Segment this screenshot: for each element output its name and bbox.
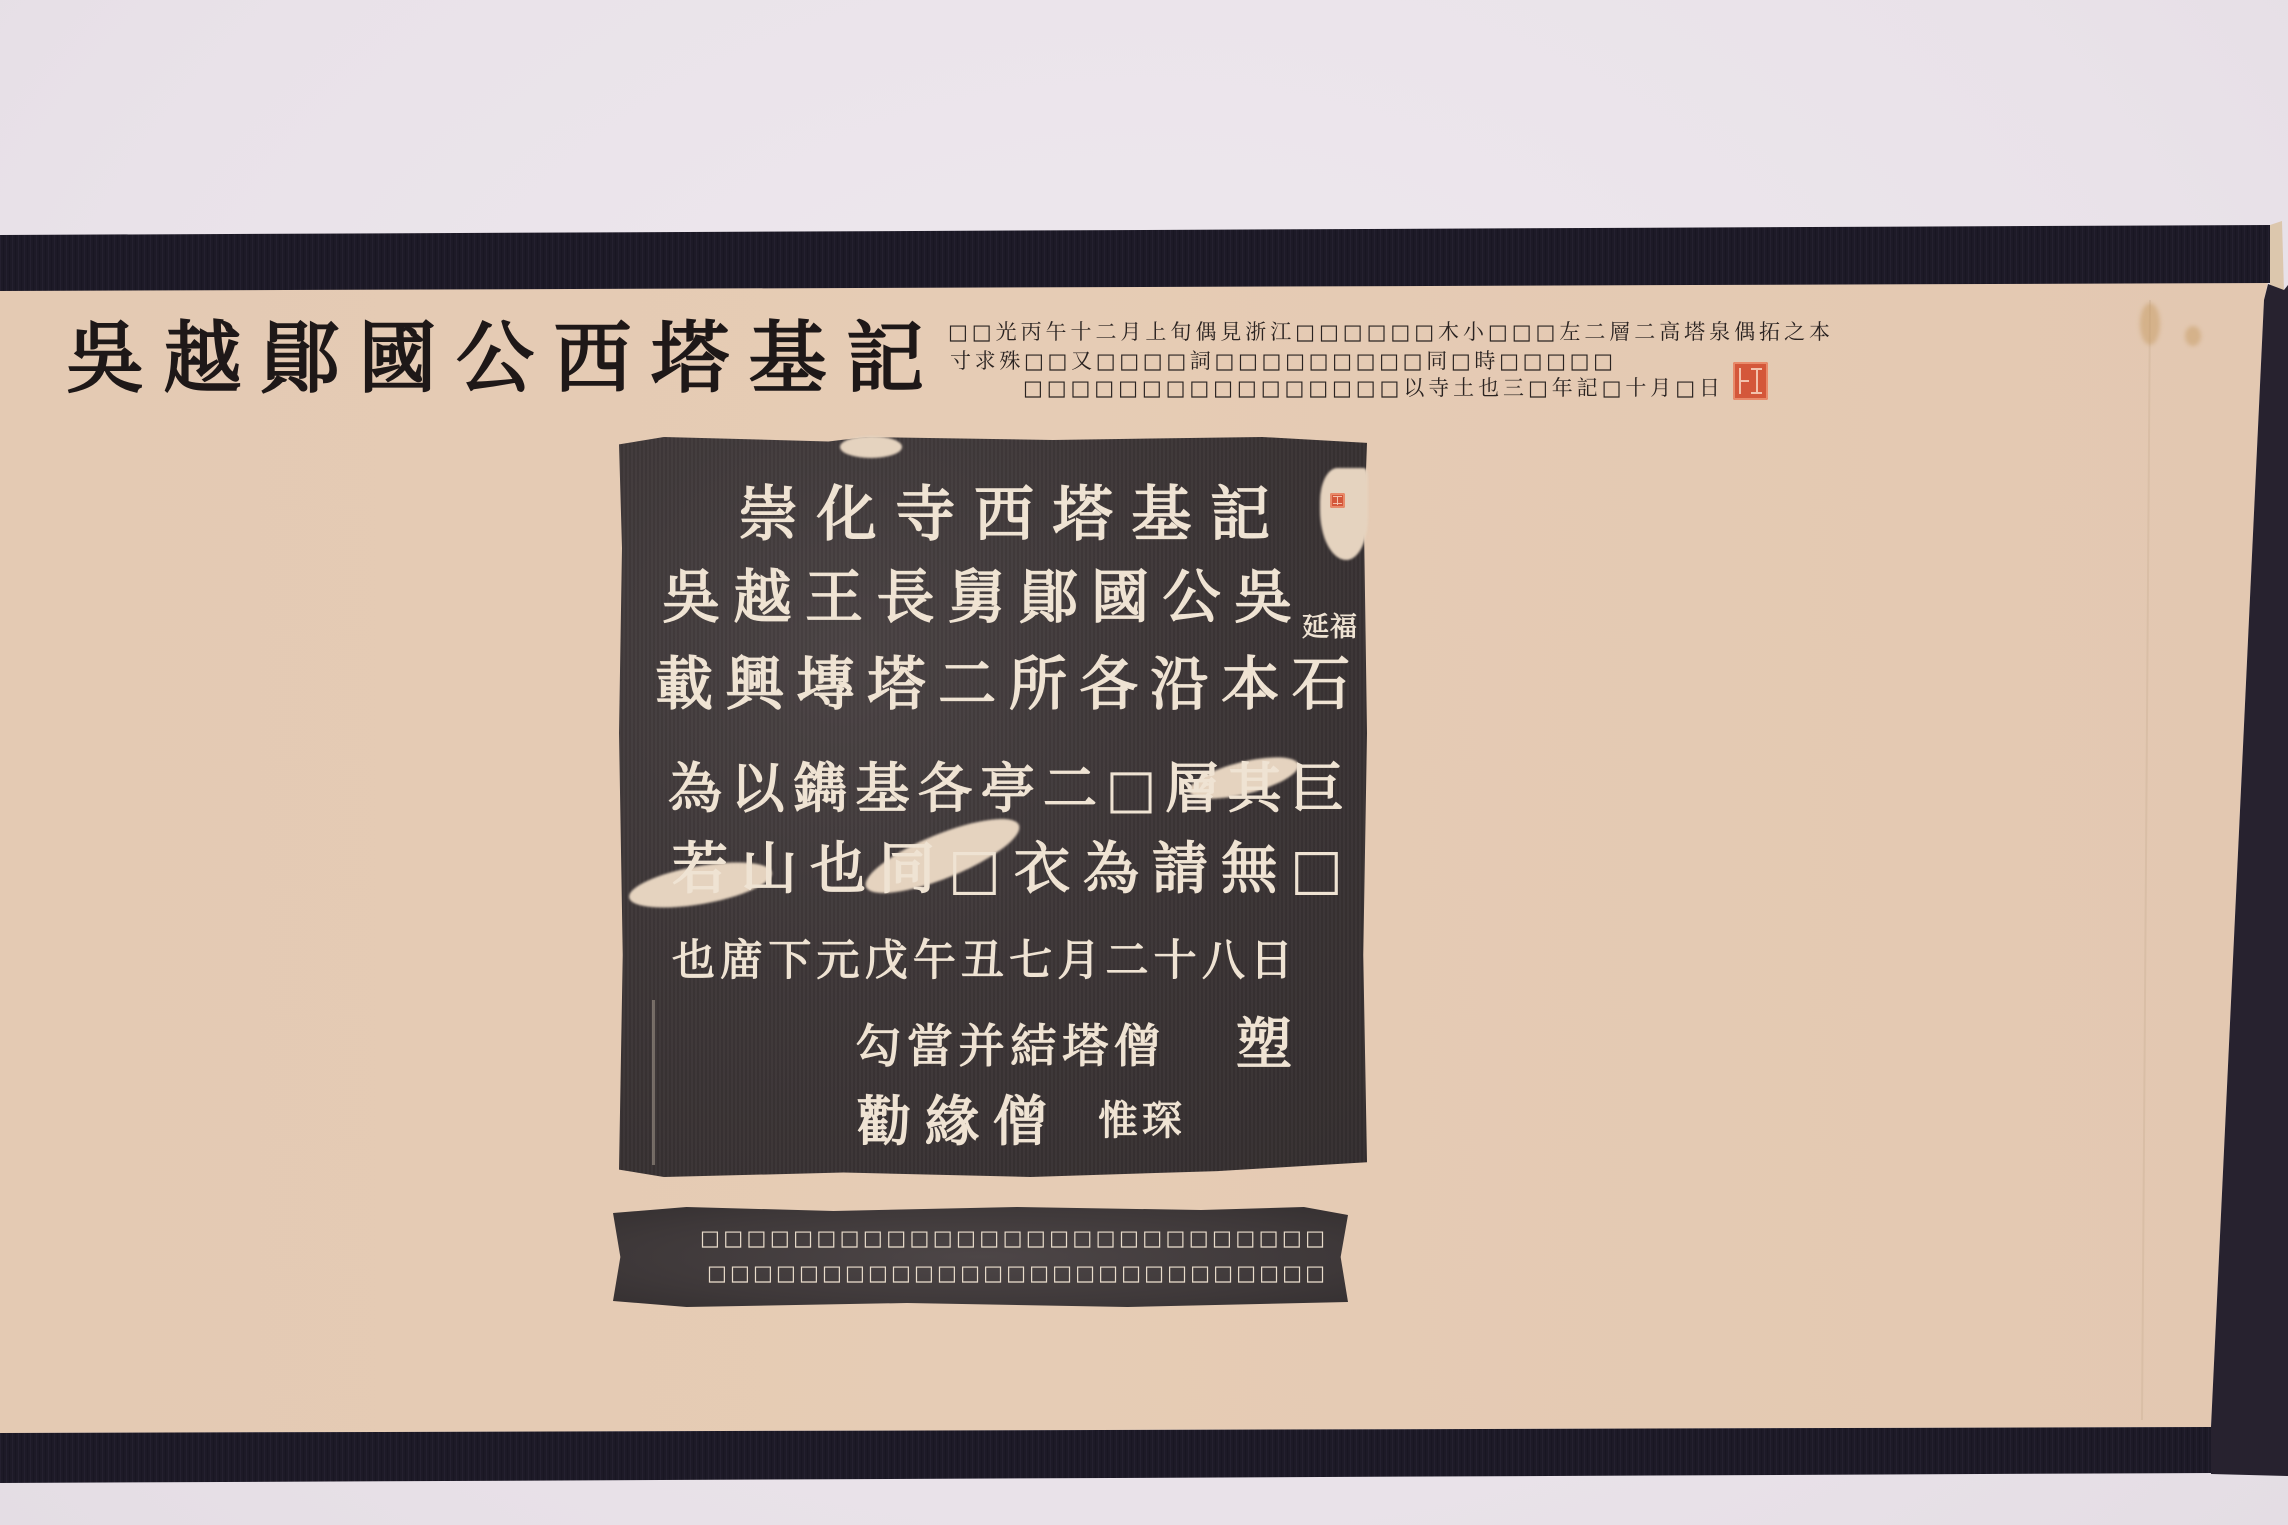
paper-stain (2185, 326, 2201, 346)
rubbing-row: 為以鐫基各亭二□層其巨 (668, 758, 1344, 818)
rubbing-red-seal-icon (1330, 493, 1345, 508)
rubbing-row: 吳越王長舅鄖國公吳 (662, 565, 1292, 629)
rubbing-row: 勾當并結塔僧 (855, 1020, 1160, 1072)
colophon-line: □□□□□□□□□□□□□□□□以寺土也三□年記□十月□日 (1023, 376, 1720, 400)
rubbing-row-tail: 塑 (1236, 1015, 1292, 1075)
colophon-red-seal-icon (1733, 362, 1768, 400)
rubbing-row-tail: 惟琛 (1098, 1098, 1182, 1144)
paper-stain (2140, 303, 2160, 345)
roller-edge (2270, 221, 2284, 292)
strip-line: □□□□□□□□□□□□□□□□□□□□□□□□□□□ (700, 1225, 1325, 1251)
rubbing-row: 若山也同□衣為請無□ (672, 838, 1343, 900)
colophon-line: □□光丙午十二月上旬偶見浙江□□□□□□木小□□□左二層二高塔泉偶拓之本 (948, 320, 1830, 344)
top-mount-band (0, 225, 2270, 291)
strip-line: □□□□□□□□□□□□□□□□□□□□□□□□□□□ (707, 1260, 1325, 1286)
rubbing-row-date: 也庿下元戊午丑七月二十八日 (672, 936, 1293, 986)
stele-border-line (652, 1000, 655, 1165)
rubbing-row-small-name: 延福 (1302, 612, 1358, 644)
rubbing-row-heading: 崇化寺西塔基記 (738, 482, 1270, 548)
seal-script-rubbing-strip (613, 1207, 1348, 1307)
bottom-mount-band (0, 1427, 2211, 1483)
colophon-line: 寸求殊□□又□□□□詞□□□□□□□□□同□時□□□□□ (950, 349, 1613, 373)
rubbing-row: 勸緣僧 (857, 1092, 1047, 1150)
scroll-title-seal-script: 吳越鄖國公西塔基記 (66, 316, 924, 402)
rubbing-tear (1320, 468, 1368, 560)
rubbing-row: 載興塼塔二所各沿本石 (655, 652, 1350, 716)
rubbing-tear (840, 436, 902, 458)
